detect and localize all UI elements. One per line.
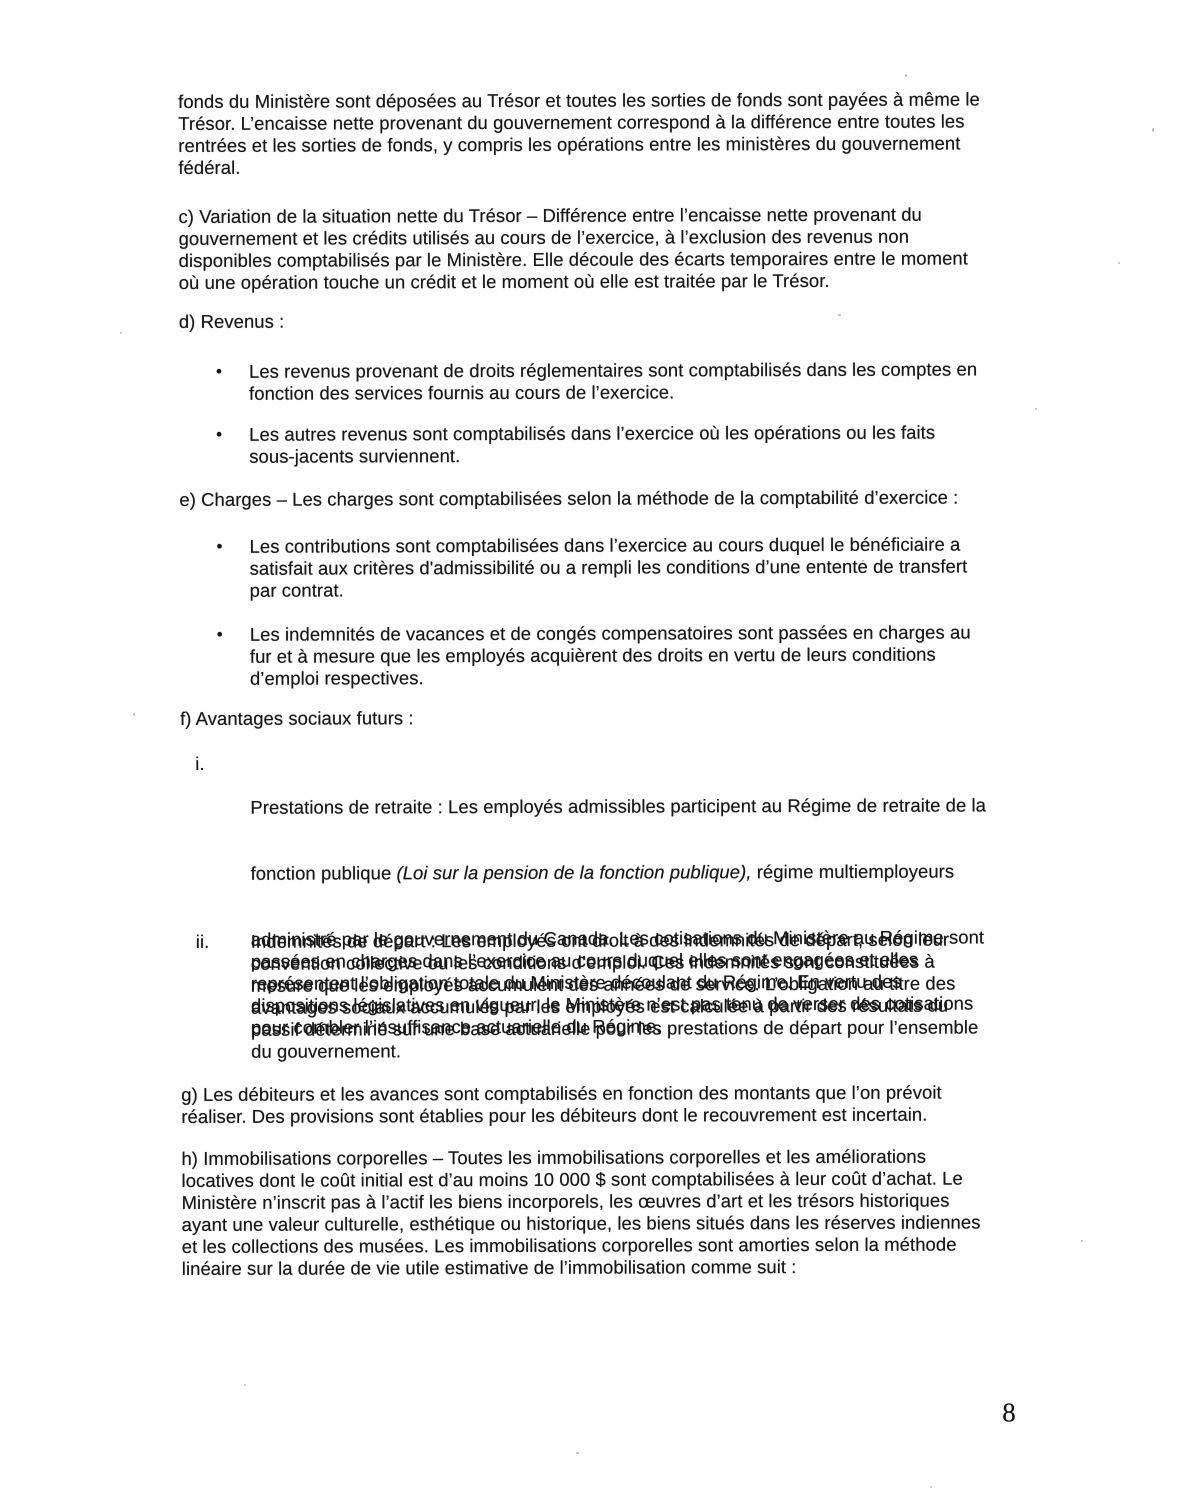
heading-d-revenus: d) Revenus : — [179, 308, 1139, 333]
paragraph-intro-continuation: fonds du Ministère sont déposées au Trés… — [178, 88, 1138, 179]
line: Prestations de retraite : Les employés a… — [250, 794, 1140, 819]
text-segment: fonction publique — [251, 862, 397, 883]
scan-speck — [862, 560, 864, 562]
document-page: fonds du Ministère sont déposées au Trés… — [0, 0, 1200, 1510]
list-item-autres-revenus: • Les autres revenus sont comptabilisés … — [179, 421, 1139, 468]
scan-speck — [905, 74, 907, 77]
page-number: 8 — [1002, 1397, 1016, 1427]
scan-speck — [576, 1452, 579, 1454]
scan-speck — [838, 314, 841, 316]
list-item-text: Les indemnités de vacances et de congés … — [250, 621, 1140, 690]
list-item-text: Les autres revenus sont comptabilisés da… — [249, 421, 1139, 468]
bullet-icon: • — [179, 424, 249, 446]
heading-f-avantages-sociaux: f) Avantages sociaux futurs : — [180, 705, 1140, 730]
bullet-icon: • — [180, 624, 250, 646]
scan-speck — [120, 332, 122, 334]
roman-numeral-i: i. — [180, 753, 250, 775]
list-item-text: Indemnités de départ : Les employés ont … — [251, 928, 1141, 1063]
scan-speck — [1081, 1240, 1083, 1242]
list-item-revenus-reglementaires: • Les revenus provenant de droits réglem… — [179, 358, 1139, 405]
scan-speck — [1035, 408, 1037, 410]
list-item-text: Les contributions sont comptabilisées da… — [249, 533, 1139, 602]
law-title-italic: (Loi sur la pension de la fonction publi… — [396, 861, 751, 883]
scan-speck — [1152, 128, 1154, 132]
bullet-icon: • — [179, 536, 249, 558]
paragraph-c-variation-situation-nette: c) Variation de la situation nette du Tr… — [178, 203, 1138, 294]
scan-speck — [244, 1384, 246, 1386]
text-segment: régime multiemployeurs — [751, 861, 954, 883]
scan-speck — [1118, 262, 1120, 264]
roman-numeral-ii: ii. — [181, 931, 251, 953]
paragraph-g-debiteurs: g) Les débiteurs et les avances sont com… — [181, 1081, 1141, 1128]
page-content: fonds du Ministère sont déposées au Trés… — [0, 0, 1200, 1510]
list-item-contributions: • Les contributions sont comptabilisées … — [179, 533, 1139, 602]
list-item-text: Les revenus provenant de droits réglemen… — [249, 358, 1139, 405]
paragraph-h-immobilisations: h) Immobilisations corporelles – Toutes … — [181, 1145, 1141, 1280]
list-item-indemnites-vacances: • Les indemnités de vacances et de congé… — [180, 621, 1140, 690]
heading-e-charges: e) Charges – Les charges sont comptabili… — [179, 486, 1139, 511]
bullet-icon: • — [179, 361, 249, 383]
list-item-indemnites-depart: ii. Indemnités de départ : Les employés … — [181, 928, 1141, 1063]
scan-speck — [133, 713, 135, 716]
scan-speck — [930, 1486, 932, 1488]
line-with-italic: fonction publique (Loi sur la pension de… — [251, 860, 1141, 885]
